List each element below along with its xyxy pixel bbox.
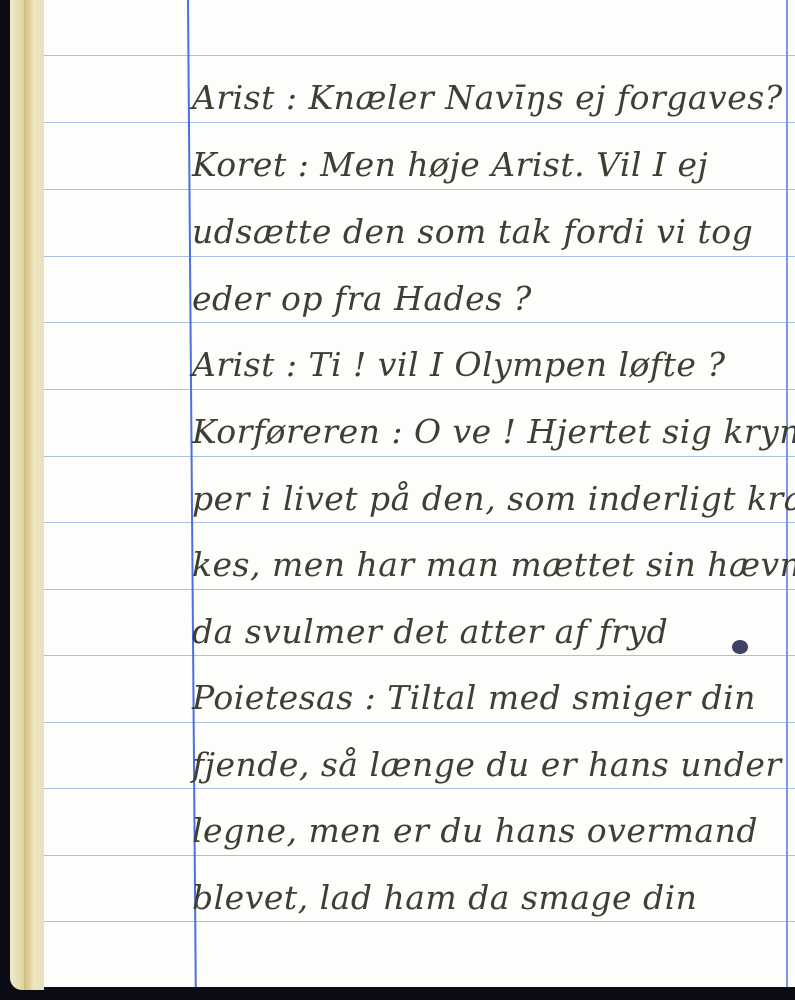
page-bottom-edge bbox=[44, 987, 795, 995]
handwritten-line-11: fjende, så længe du er hans under bbox=[192, 745, 782, 784]
ruled-line bbox=[44, 389, 795, 390]
handwritten-line-12: legne, men er du hans overmand bbox=[192, 811, 758, 850]
ruled-line bbox=[44, 189, 795, 190]
ruled-line bbox=[44, 589, 795, 590]
handwritten-line-2: Koret : Men høje Arist. Vil I ej bbox=[192, 145, 708, 184]
ruled-line bbox=[44, 788, 795, 789]
ruled-line bbox=[44, 855, 795, 856]
handwritten-line-3: udsætte den som tak fordi vi tog bbox=[192, 212, 753, 251]
ruled-line bbox=[44, 522, 795, 523]
ruled-line bbox=[44, 122, 795, 123]
handwritten-line-5: Arist : Ti ! vil I Olympen løfte ? bbox=[192, 345, 726, 384]
handwritten-line-4: eder op fra Hades ? bbox=[192, 279, 532, 318]
notebook-page: Arist : Knæler Navīŋs ej forgaves? Koret… bbox=[44, 0, 795, 995]
ink-blot bbox=[732, 640, 748, 654]
handwritten-line-13: blevet, lad ham da smage din bbox=[192, 878, 697, 917]
ruled-line bbox=[44, 456, 795, 457]
handwritten-line-9: da svulmer det atter af fryd bbox=[192, 612, 668, 651]
handwritten-line-8: kes, men har man mættet sin hævn bbox=[192, 545, 795, 584]
handwritten-line-6: Korføreren : O ve ! Hjertet sig krym- bbox=[192, 412, 795, 451]
ruled-line bbox=[44, 256, 795, 257]
handwritten-line-10: Poietesas : Tiltal med smiger din bbox=[192, 678, 756, 717]
ruled-line bbox=[44, 722, 795, 723]
handwritten-line-1: Arist : Knæler Navīŋs ej forgaves? bbox=[192, 78, 783, 117]
handwritten-line-7: per i livet på den, som inderligt kræn bbox=[192, 479, 795, 518]
ruled-line bbox=[44, 55, 795, 56]
ruled-line bbox=[44, 322, 795, 323]
ruled-line bbox=[44, 921, 795, 922]
ruled-line bbox=[44, 655, 795, 656]
